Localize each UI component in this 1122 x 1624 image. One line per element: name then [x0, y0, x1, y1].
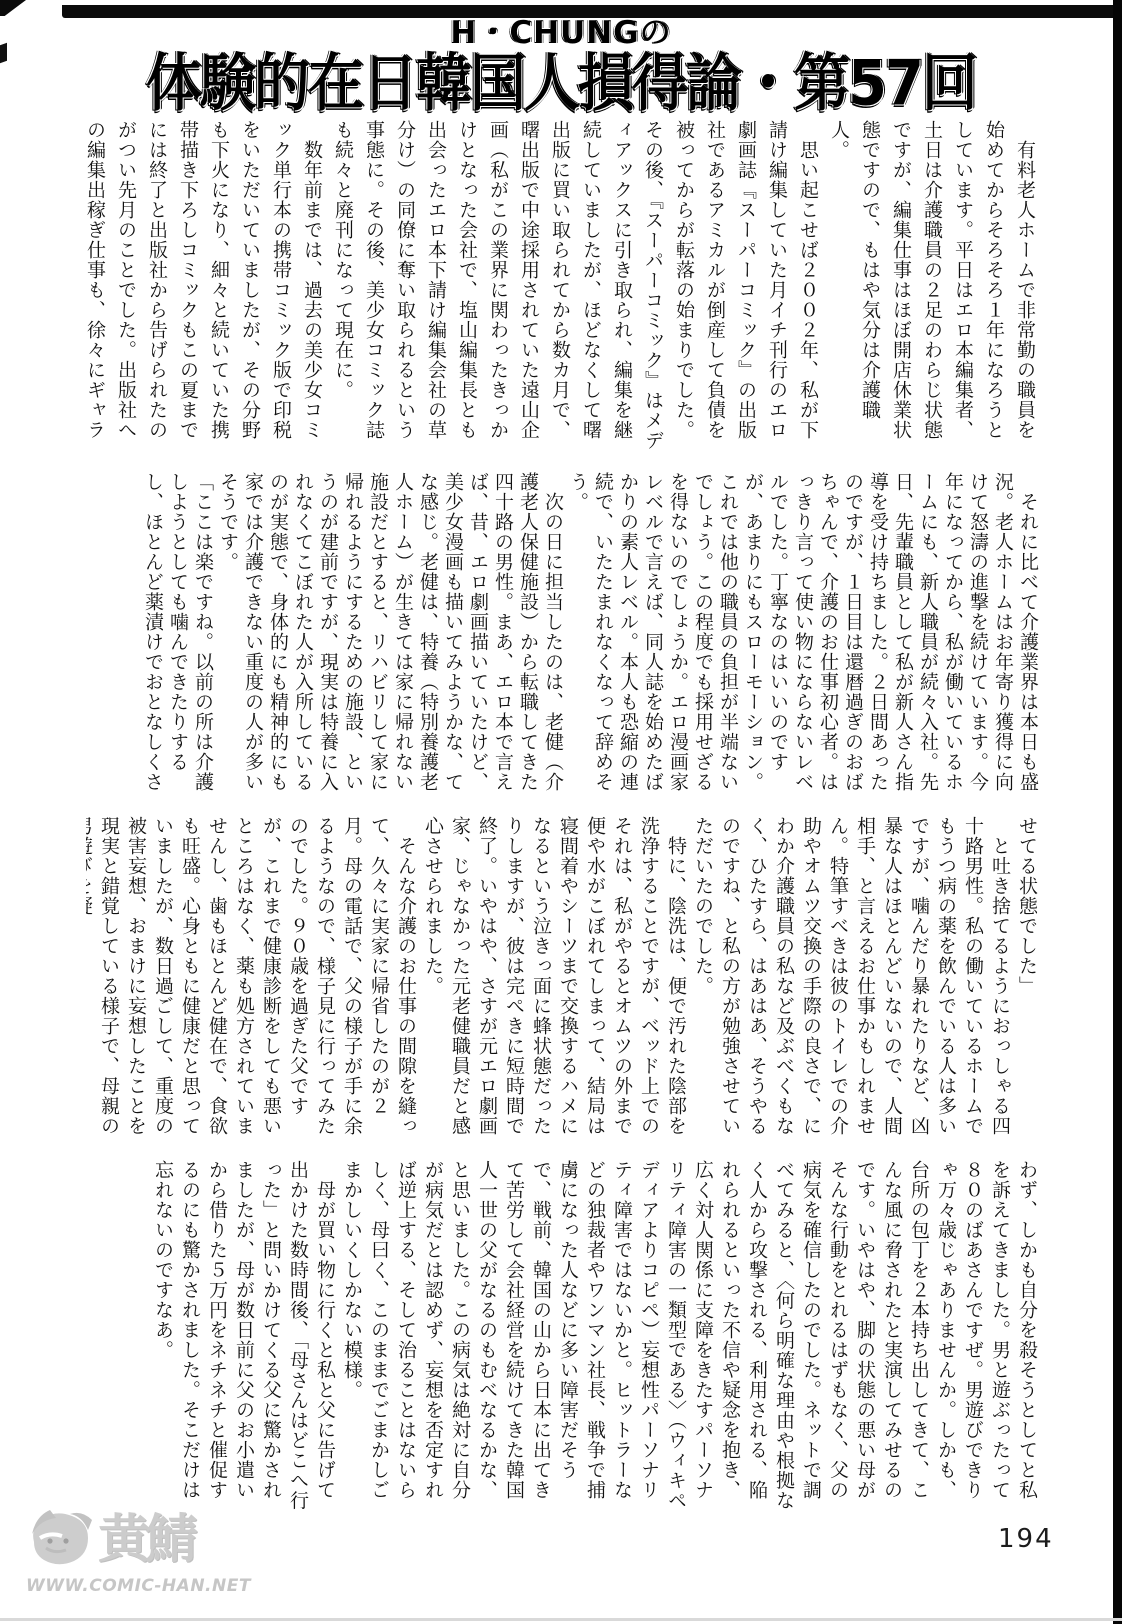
- text-band-3: せてる状態でした」 と吐き捨てるようにおっしゃる四十路男性。私の働いているホーム…: [86, 816, 1040, 1152]
- column-author-line: H・CHUNGの: [0, 18, 1122, 49]
- text-band-1: 有料老人ホームで非常勤の職員を始めてからそろそろ１年になろうとしています。平日は…: [86, 120, 1040, 456]
- right-border-strip: [1113, 0, 1122, 1624]
- bottom-scan-edge: [0, 1618, 1122, 1621]
- text-band-4: わず、しかも自分を殺そうとしてと私を訴えてきました。男と遊ぶったって８０のばあさ…: [86, 1160, 1040, 1516]
- scanlation-watermark: 黄鯖 WWW.COMIC-HAN.NET: [26, 1508, 246, 1596]
- magazine-page: H・CHUNGの 体験的在日韓国人損得論・第57回 有料老人ホームで非常勤の職員…: [0, 0, 1122, 1624]
- article-body: 有料老人ホームで非常勤の職員を始めてからそろそろ１年になろうとしています。平日は…: [86, 120, 1040, 1516]
- watermark-mascot-icon: [26, 1508, 94, 1574]
- column-main-title: 体験的在日韓国人損得論・第57回: [0, 53, 1122, 116]
- page-number: 194: [998, 1524, 1054, 1554]
- text-band-2: それに比べて介護業界は本日も盛況。老人ホームはお年寄り獲得に向けて怒濤の進撃を続…: [86, 472, 1040, 808]
- watermark-logo-text: 黄鯖: [98, 1514, 194, 1566]
- watermark-site-url: WWW.COMIC-HAN.NET: [26, 1576, 246, 1596]
- top-left-corner-mark: [0, 0, 26, 16]
